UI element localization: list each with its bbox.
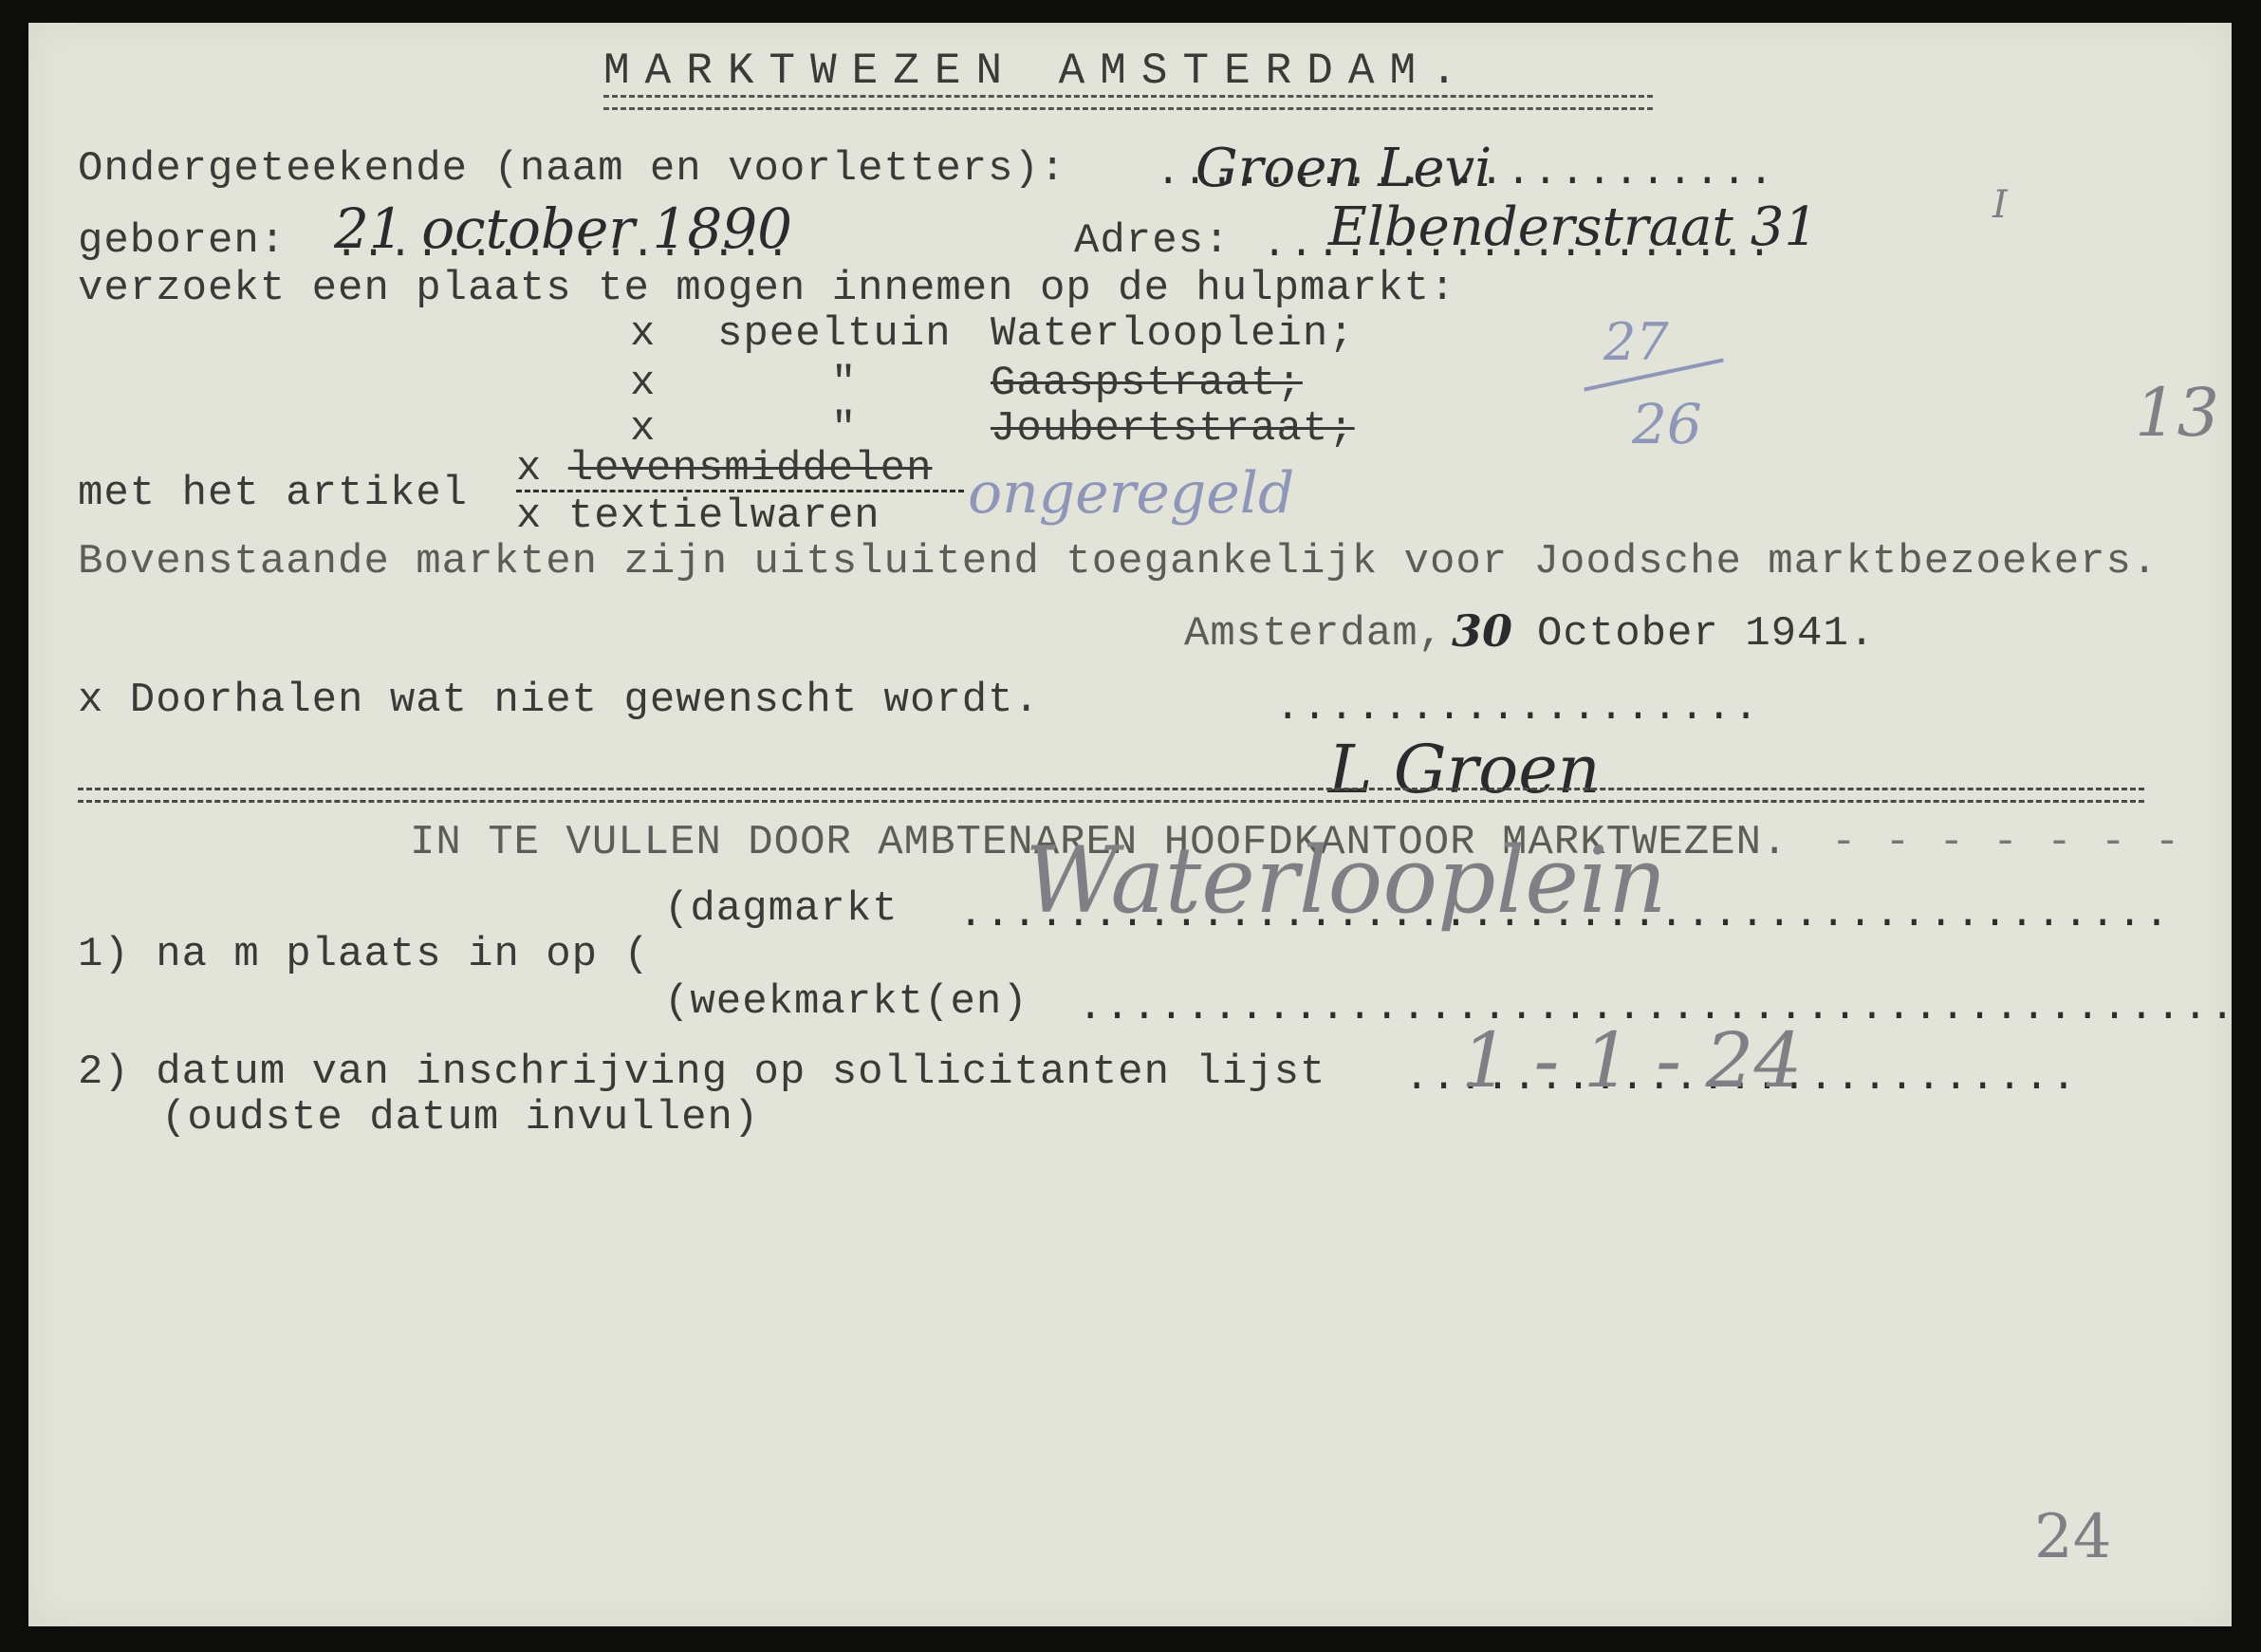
artikel-note: ongeregeld — [968, 465, 1294, 522]
title-double-underline — [603, 95, 1653, 110]
market-marker: x — [630, 313, 656, 355]
artikel-marker: x — [516, 445, 542, 492]
artikel-levensmiddelen-struck: levensmiddelen — [568, 445, 933, 492]
born-value: 21 october 1890 — [334, 201, 792, 256]
item2-value: 1 - 1 - 24 — [1461, 1023, 1802, 1099]
market-marker: x — [630, 408, 656, 450]
artikel-marker: x — [516, 492, 542, 540]
market-ditto: " — [831, 408, 857, 450]
name-label: Ondergeteekende (naam en voorletters): — [78, 148, 1066, 190]
margin-mark: 13 — [2135, 380, 2219, 446]
artikel-textielwaren-name: textielwaren — [568, 492, 880, 540]
market-joubertstraat-struck: Joubertstraat; — [991, 405, 1355, 453]
address-value: Elbenderstraat 31 — [1328, 201, 1818, 254]
page-number: 24 — [2034, 1507, 2111, 1568]
market-gaaspstraat-struck: Gaaspstraat; — [991, 360, 1303, 407]
item2-label: 2) datum van inschrijving op sollicitant… — [78, 1051, 1325, 1093]
market-prefix: speeltuin — [717, 313, 952, 355]
document-title: MARKTWEZEN AMSTERDAM. — [603, 49, 1473, 93]
dagmarkt-dotted-line: ........................................… — [958, 894, 2171, 936]
fraction-bottom: 26 — [1632, 397, 1702, 452]
weekmarkt-label: (weekmarkt(en) — [664, 981, 1029, 1023]
artikel-levensmiddelen: x levensmiddelen — [516, 448, 932, 490]
born-label: geboren: — [78, 220, 286, 262]
place-date-rest: October 1941. — [1537, 613, 1875, 655]
address-label: Adres: — [1074, 220, 1230, 262]
strike-instruction: x Doorhalen wat niet gewenscht wordt. — [78, 679, 1040, 721]
item2-sub: (oudste datum invullen) — [161, 1097, 759, 1139]
market-waterlooplein: Waterlooplein; — [991, 313, 1355, 355]
artikel-textielwaren: x textielwaren — [516, 495, 880, 537]
signature-dotted-line: .................. — [1275, 687, 1760, 729]
jewish-markets-notice: Bovenstaande markten zijn uitsluitend to… — [78, 541, 2158, 583]
item1-label: 1) na m plaats in op ( — [78, 934, 650, 975]
market-gaaspstraat: Gaaspstraat; — [991, 362, 1303, 404]
market-ditto: " — [831, 362, 857, 404]
place-date-prefix: Amsterdam, — [1184, 613, 1444, 655]
address-suffix: I — [1992, 186, 2008, 224]
request-line: verzoekt een plaats te mogen innemen op … — [78, 268, 1455, 309]
official-heading-dashes: - - - - - - - — [1831, 822, 2181, 863]
market-joubertstraat: Joubertstraat; — [991, 408, 1355, 450]
artikel-label: met het artikel — [78, 473, 468, 514]
market-marker: x — [630, 362, 656, 404]
place-date-day: 30 — [1452, 609, 1512, 653]
name-value: Groen Levi — [1195, 142, 1492, 195]
section-separator — [78, 788, 2144, 803]
dagmarkt-label: (dagmarkt — [664, 888, 899, 930]
fraction-top: 27 — [1603, 317, 1669, 368]
